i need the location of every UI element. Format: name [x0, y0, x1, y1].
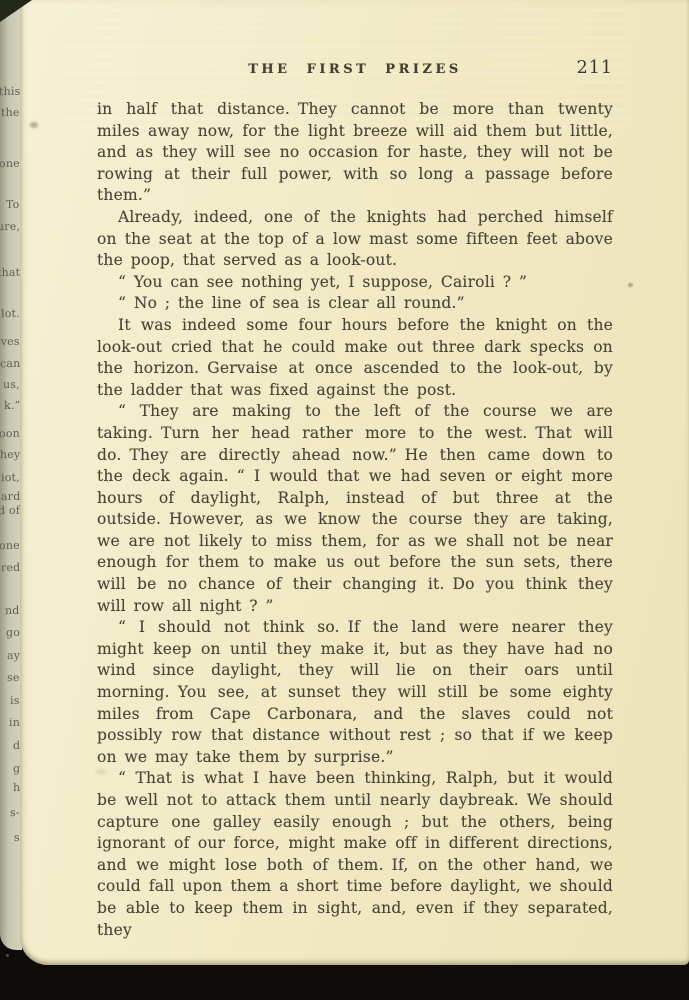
edge-text-fragment: lot. [1, 308, 20, 319]
body-paragraph: “ I should not think so. If the land wer… [97, 617, 613, 768]
body-paragraph: “ No ; the line of sea is clear all roun… [97, 293, 613, 315]
dust-speck [96, 769, 106, 774]
edge-text-fragment: go [6, 627, 20, 638]
page-body-text: in half that distance. They cannot be mo… [97, 99, 613, 941]
edge-text-fragment: is [10, 695, 20, 706]
body-paragraph: “ You can see nothing yet, I suppose, Ca… [97, 272, 613, 294]
dust-speck [6, 954, 9, 957]
body-paragraph: It was indeed some four hours before the… [97, 315, 613, 401]
page-number: 211 [577, 58, 613, 78]
body-paragraph: in half that distance. They cannot be mo… [97, 99, 613, 207]
edge-text-fragment: d [13, 740, 20, 751]
edge-text-fragment: the [1, 107, 20, 118]
edge-text-fragment: ives [0, 336, 20, 347]
edge-text-fragment: k.” [4, 400, 20, 411]
edge-text-fragment: h [13, 782, 20, 793]
edge-text-fragment: ure, [0, 221, 20, 232]
edge-text-fragment: ard [1, 491, 20, 502]
edge-text-fragment: in [9, 717, 20, 728]
edge-text-fragment: red [1, 562, 20, 573]
edge-text-fragment: can [0, 358, 20, 369]
edge-text-fragment: s- [10, 807, 20, 818]
body-paragraph: Already, indeed, one of the knights had … [97, 207, 613, 272]
body-paragraph: “ That is what I have been thinking, Ral… [97, 768, 613, 941]
book-page: THE FIRST PRIZES 211 in half that distan… [20, 0, 689, 965]
previous-page-edge: this the one To ure, that lot. ives can … [0, 0, 22, 950]
running-title: THE FIRST PRIZES [97, 62, 613, 77]
edge-text-fragment: se [7, 672, 20, 683]
edge-text-fragment: hey [0, 449, 20, 460]
dust-speck [30, 122, 38, 128]
edge-text-fragment: d of [0, 505, 20, 516]
edge-text-fragment: that [0, 267, 20, 278]
edge-text-fragment: To [6, 199, 20, 210]
edge-text-fragment: g [13, 763, 20, 774]
book-scan: this the one To ure, that lot. ives can … [0, 0, 689, 1000]
edge-text-fragment: us, [3, 379, 20, 390]
edge-text-fragment: this [0, 86, 20, 97]
edge-text-fragment: ay [7, 650, 20, 661]
body-paragraph: “ They are making to the left of the cou… [97, 401, 613, 617]
edge-text-fragment: nd [5, 605, 20, 616]
edge-text-fragment: oon [0, 428, 20, 439]
page-header: THE FIRST PRIZES 211 [97, 62, 613, 84]
edge-text-fragment: one [0, 540, 20, 551]
edge-text-fragment: iot, [1, 472, 20, 483]
edge-text-fragment: one [0, 158, 20, 169]
dust-speck [628, 283, 633, 287]
